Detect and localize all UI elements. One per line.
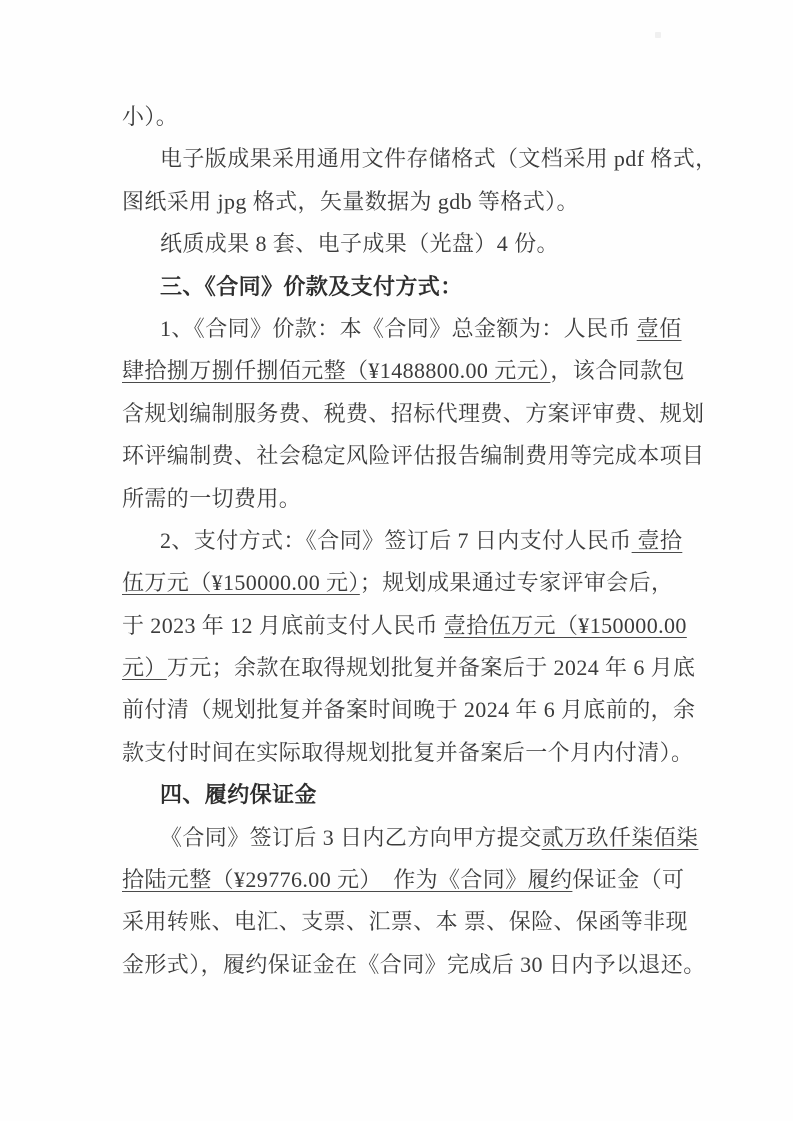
text-run: 金形式），履约保证金在《合同》完成后 30 日内予以退还。	[122, 952, 706, 977]
doc-line: 款支付时间在实际取得规划批复并备案后一个月内付清）。	[122, 732, 688, 774]
text-run: 纸质成果 8 套、电子成果（光盘）4 份。	[160, 231, 559, 256]
text-run: 款支付时间在实际取得规划批复并备案后一个月内付清）。	[122, 740, 693, 765]
text-run: 电子版成果采用通用文件存储格式（文档采用 pdf 格式，	[160, 146, 718, 171]
text-run: 环评编制费、社会稳定风险评估报告编制费用等完成本项目	[122, 443, 704, 468]
document-content: 小）。 电子版成果采用通用文件存储格式（文档采用 pdf 格式， 图纸采用 jp…	[122, 96, 688, 986]
underlined-amount: 贰万玖仟柒佰柒	[542, 825, 699, 850]
doc-line: 《合同》签订后 3 日内乙方向甲方提交贰万玖仟柒佰柒	[122, 817, 688, 859]
text-run: 小）。	[122, 104, 178, 129]
text-run: 所需的一切费用。	[122, 486, 301, 511]
doc-line: 含规划编制服务费、税费、招标代理费、方案评审费、规划	[122, 393, 688, 435]
underlined-amount: 壹佰	[637, 316, 682, 341]
section-heading-contract-price: 三、《合同》价款及支付方式：	[122, 266, 688, 308]
text-run: 采用转账、电汇、支票、汇票、本 票、保险、保函等非现	[122, 909, 688, 934]
heading-text: 四、履约保证金	[160, 782, 317, 807]
doc-line: 图纸采用 jpg 格式，矢量数据为 gdb 等格式）。	[122, 181, 688, 223]
document-page: 小）。 电子版成果采用通用文件存储格式（文档采用 pdf 格式， 图纸采用 jp…	[0, 0, 793, 1121]
underlined-amount: 拾陆元整（¥29776.00 元） 作为《合同》履约	[122, 867, 572, 892]
doc-line: 采用转账、电汇、支票、汇票、本 票、保险、保函等非现	[122, 901, 688, 943]
doc-line: 电子版成果采用通用文件存储格式（文档采用 pdf 格式，	[122, 138, 688, 180]
doc-line: 金形式），履约保证金在《合同》完成后 30 日内予以退还。	[122, 944, 688, 986]
text-run: ，该合同款包	[550, 358, 684, 383]
doc-line: 1、《合同》价款：本《合同》总金额为：人民币 壹佰	[122, 308, 688, 350]
text-run: 万元；余款在取得规划批复并备案后于 2024 年 6 月底	[167, 655, 696, 680]
doc-line: 元）万元；余款在取得规划批复并备案后于 2024 年 6 月底	[122, 647, 688, 689]
doc-line: 肆拾捌万捌仟捌佰元整（¥1488800.00 元元），该合同款包	[122, 350, 688, 392]
underlined-amount: 伍万元（¥150000.00 元）	[122, 570, 360, 595]
doc-line: 2、支付方式：《合同》签订后 7 日内支付人民币 壹拾	[122, 520, 688, 562]
text-run: 前付清（规划批复并备案时间晚于 2024 年 6 月底前的，余	[122, 697, 695, 722]
text-run: 2、支付方式：《合同》签订后 7 日内支付人民币	[160, 528, 632, 553]
doc-line: 环评编制费、社会稳定风险评估报告编制费用等完成本项目	[122, 435, 688, 477]
doc-line: 于 2023 年 12 月底前支付人民币 壹拾伍万元（¥150000.00	[122, 605, 688, 647]
doc-line: 前付清（规划批复并备案时间晚于 2024 年 6 月底前的，余	[122, 689, 688, 731]
scan-artifact	[655, 32, 661, 38]
doc-line: 小）。	[122, 96, 688, 138]
section-heading-performance-bond: 四、履约保证金	[122, 774, 688, 816]
doc-line: 纸质成果 8 套、电子成果（光盘）4 份。	[122, 223, 688, 265]
text-run: 保证金（可	[572, 867, 684, 892]
text-run: 含规划编制服务费、税费、招标代理费、方案评审费、规划	[122, 401, 704, 426]
doc-line: 所需的一切费用。	[122, 478, 688, 520]
underlined-amount: 壹拾	[632, 528, 683, 553]
doc-line: 拾陆元整（¥29776.00 元） 作为《合同》履约保证金（可	[122, 859, 688, 901]
text-run: ；规划成果通过专家评审会后，	[360, 570, 674, 595]
underlined-amount: 壹拾伍万元（¥150000.00	[444, 613, 687, 638]
underlined-amount: 元）	[122, 655, 167, 680]
underlined-amount: 肆拾捌万捌仟捌佰元整（¥1488800.00 元元）	[122, 358, 550, 383]
text-run: 图纸采用 jpg 格式，矢量数据为 gdb 等格式）。	[122, 189, 579, 214]
heading-text: 三、《合同》价款及支付方式：	[160, 274, 463, 299]
text-run: 1、《合同》价款：本《合同》总金额为：人民币	[160, 316, 637, 341]
doc-line: 伍万元（¥150000.00 元）；规划成果通过专家评审会后，	[122, 562, 688, 604]
text-run: 《合同》签订后 3 日内乙方向甲方提交	[160, 825, 542, 850]
text-run: 于 2023 年 12 月底前支付人民币	[122, 613, 444, 638]
